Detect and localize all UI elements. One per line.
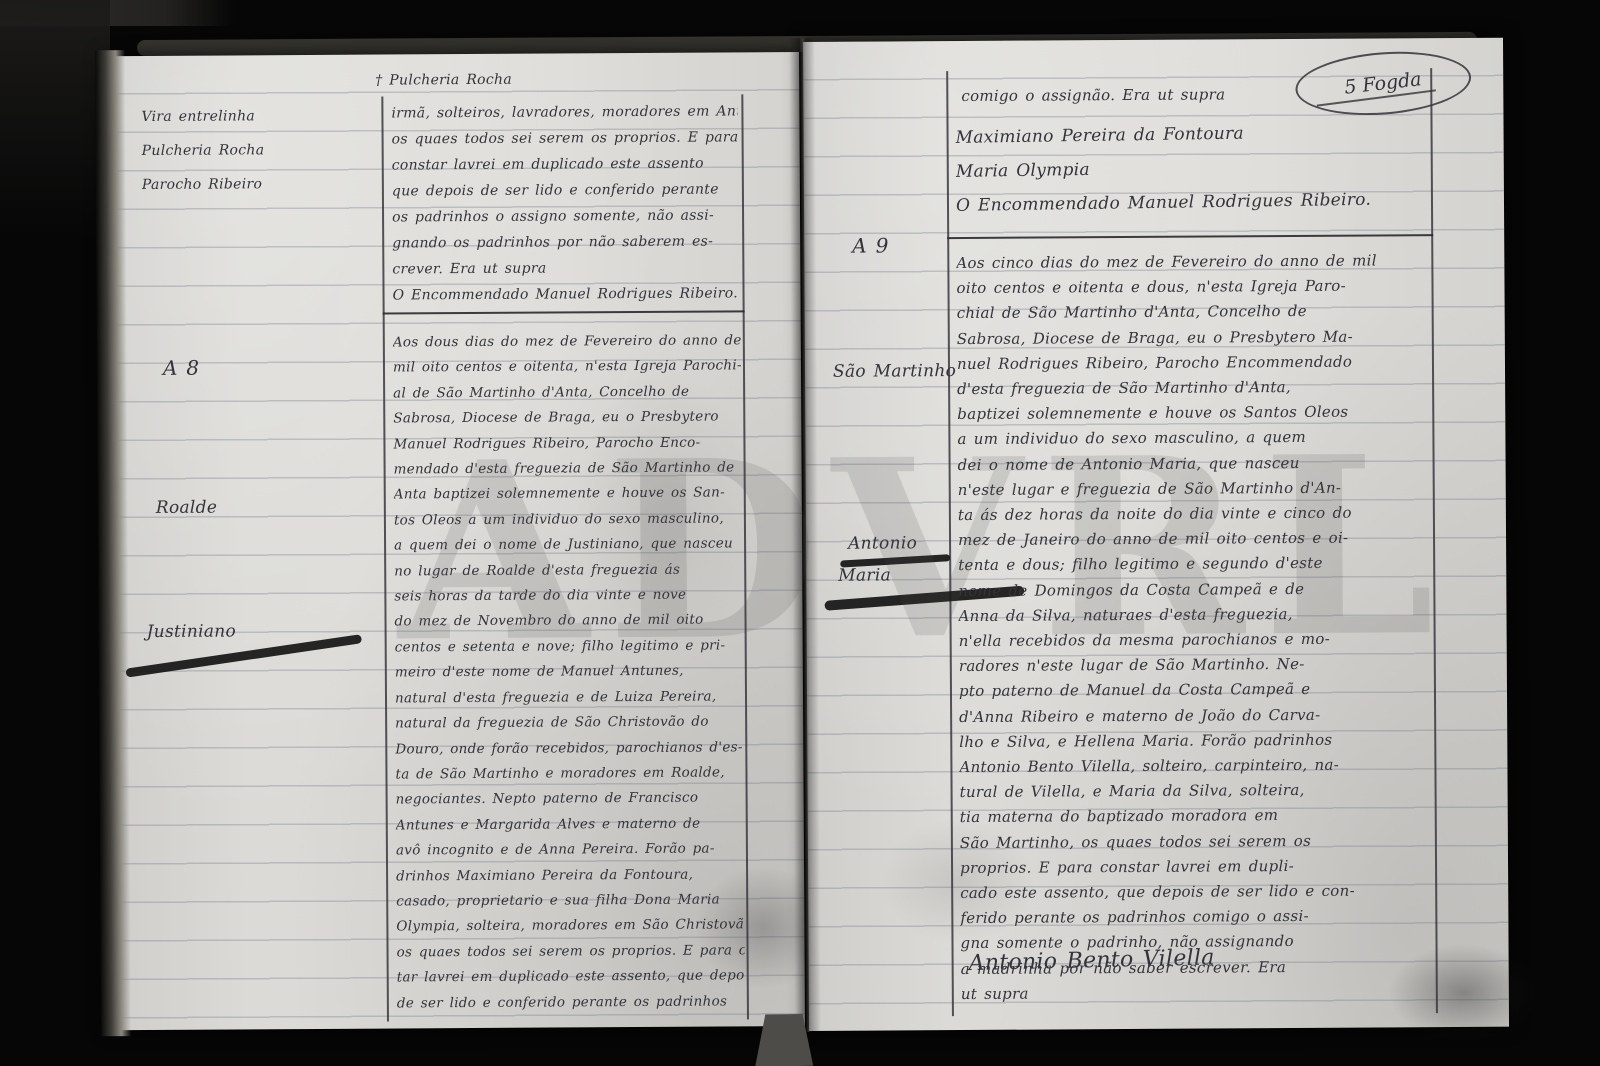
text-line: crever. Era ut supra	[392, 254, 738, 282]
folio-number-stamp: 5 Fogda	[1293, 46, 1473, 121]
text-line: Anna da Silva, naturaes d'esta freguezia…	[958, 601, 1430, 629]
text-line: chial de São Martinho d'Anta, Concelho d…	[957, 299, 1429, 327]
record-a8-signatures: Maximiano Pereira da FontouraMaria Olymp…	[955, 116, 1376, 221]
text-line: Vira entrelinha	[141, 99, 264, 134]
text-line: Manuel Rodrigues Ribeiro, Parocho Enco-	[393, 430, 741, 458]
text-line: Pulcheria Rocha	[142, 133, 265, 168]
text-line: lho e Silva, e Hellena Maria. Forão padr…	[959, 727, 1431, 755]
text-line: oito centos e oitenta e dous, n'esta Igr…	[956, 273, 1428, 301]
text-line: drinhos Maximiano Pereira da Fontoura,	[396, 862, 744, 890]
margin-baptized-name-antonio: Antonio	[848, 533, 917, 553]
record-a8-closing-line: comigo o assignão. Era ut supra	[961, 85, 1225, 105]
text-line: tos Oleos a um individuo do sexo masculi…	[394, 506, 742, 534]
register-book-spread: † Pulcheria Rocha Vira entrelinhaPulcher…	[0, 0, 1600, 1066]
text-line: de ser lido e conferido perante os padri…	[397, 989, 745, 1017]
text-line: mil oito centos e oitenta, n'esta Igreja…	[393, 354, 741, 382]
text-line: natural da freguezia de São Christovão d…	[395, 709, 743, 737]
text-line: do mez de Novembro do anno de mil oito	[394, 608, 742, 636]
text-line: no lugar de Roalde d'esta freguezia ás	[394, 557, 742, 585]
text-line: ut supra	[961, 979, 1433, 1007]
text-line: Parocho Ribeiro	[142, 167, 265, 202]
text-line: cado este assento, que depois de ser lid…	[960, 878, 1432, 906]
record-header-deceased-name: † Pulcheria Rocha	[375, 72, 512, 89]
text-line: dei o nome de Antonio Maria, que nasceu	[958, 450, 1430, 478]
text-line: avô incognito e de Anna Pereira. Forão p…	[396, 836, 744, 864]
text-line: mez de Janeiro do anno de mil oito cento…	[958, 525, 1430, 553]
text-line: n'ella recebidos da mesma parochianos e …	[959, 626, 1431, 654]
text-line: pto paterno de Manuel da Costa Campeã e	[959, 677, 1431, 705]
text-line: Antonio Bento Vilella, solteiro, carpint…	[959, 752, 1431, 780]
text-line: d'Anna Ribeiro e materno de João do Carv…	[959, 702, 1431, 730]
page-left-ragged-edge	[95, 50, 131, 1036]
text-line: Olympia, solteira, moradores em São Chri…	[396, 913, 744, 941]
text-line: ta ás dez horas da noite do dia vinte e …	[958, 500, 1430, 528]
text-line: a quem dei o nome de Justiniano, que nas…	[394, 532, 742, 560]
text-line: O Encommendado Manuel Rodrigues Ribeiro.	[392, 280, 738, 308]
text-line: Sabrosa, Diocese de Braga, eu o Presbyte…	[393, 405, 741, 433]
text-line: gnando os padrinhos por não saberem es-	[392, 228, 738, 256]
text-line: natural d'esta freguezia e de Luiza Pere…	[395, 684, 743, 712]
text-line: Aos dous dias do mez de Fevereiro do ann…	[393, 328, 741, 356]
text-line: ta de São Martinho e moradores em Roalde…	[395, 760, 743, 788]
text-line: d'esta freguezia de São Martinho d'Anta,	[957, 374, 1429, 402]
text-line: tenta e dous; filho legitimo e segundo d…	[958, 551, 1430, 579]
text-line: a um individuo do sexo masculino, a quem	[957, 425, 1429, 453]
record-end-text: irmã, solteiros, lavradores, moradores e…	[391, 98, 738, 312]
text-line: O Encommendado Manuel Rodrigues Ribeiro.	[956, 183, 1376, 221]
record-a8-text: Aos dous dias do mez de Fevereiro do ann…	[393, 328, 745, 1022]
margin-place-roalde: Roalde	[156, 498, 217, 518]
text-line: os quaes todos sei serem os proprios. E …	[392, 124, 738, 152]
text-line: os quaes todos sei serem os proprios. E …	[396, 938, 744, 966]
text-line: negociantes. Nepto paterno de Francisco	[396, 786, 744, 814]
margin-record-number-a8: A 8	[163, 356, 200, 380]
text-line: baptizei solemnemente e houve os Santos …	[957, 399, 1429, 427]
text-line: Antunes e Margarida Alves e materno de	[396, 811, 744, 839]
text-line: casado, proprietario e sua filha Dona Ma…	[396, 887, 744, 915]
text-line: n'este lugar e freguezia de São Martinho…	[958, 475, 1430, 503]
text-line: nome de Domingos da Costa Campeã e de	[958, 576, 1430, 604]
text-line: Douro, onde forão recebidos, parochianos…	[395, 735, 743, 763]
text-line: centos e setenta e nove; filho legitimo …	[395, 633, 743, 661]
page-right: 5 Fogda comigo o assignão. Era ut supra …	[803, 38, 1509, 1031]
margin-baptized-name-justiniano: Justiniano	[147, 621, 237, 642]
text-line: irmã, solteiros, lavradores, moradores e…	[391, 98, 737, 126]
text-line: meiro d'este nome de Manuel Antunes,	[395, 659, 743, 687]
text-line: ferido perante os padrinhos comigo o ass…	[960, 903, 1432, 931]
text-line: que depois de ser lido e conferido peran…	[392, 176, 738, 204]
text-line: São Martinho, os quaes todos sei serem o…	[960, 828, 1432, 856]
text-line: tar lavrei em duplicado este assento, qu…	[397, 964, 745, 992]
text-line: mendado d'esta freguezia de São Martinho…	[394, 455, 742, 483]
text-line: constar lavrei em duplicado este assento	[392, 150, 738, 178]
text-line: Anta baptizei solemnemente e houve os Sa…	[394, 481, 742, 509]
margin-baptized-name-maria: Maria	[838, 565, 891, 585]
text-line: Sabrosa, Diocese de Braga, eu o Presbyte…	[957, 324, 1429, 352]
text-line: nuel Rodrigues Ribeiro, Parocho Encommen…	[957, 349, 1429, 377]
text-line: tia materna do baptizado moradora em	[960, 803, 1432, 831]
text-line: proprios. E para constar lavrei em dupli…	[960, 853, 1432, 881]
text-line: al de São Martinho d'Anta, Concelho de	[393, 379, 741, 407]
text-line: seis horas da tarde do dia vinte e nove	[394, 582, 742, 610]
record-separator-line	[947, 234, 1433, 239]
record-a9-text: Aos cinco dias do mez de Fevereiro do an…	[956, 248, 1433, 1011]
margin-place-sao-martinho: São Martinho	[833, 361, 956, 382]
page-left: † Pulcheria Rocha Vira entrelinhaPulcher…	[103, 52, 805, 1030]
margin-notes-record-end: Vira entrelinhaPulcheria RochaParocho Ri…	[141, 99, 264, 202]
text-line: radores n'este lugar de São Martinho. Ne…	[959, 651, 1431, 679]
margin-column-rule	[946, 71, 954, 1016]
text-line: Aos cinco dias do mez de Fevereiro do an…	[956, 248, 1428, 276]
text-line: tural de Vilella, e Maria da Silva, solt…	[960, 777, 1432, 805]
text-line: os padrinhos o assigno somente, não assi…	[392, 202, 738, 230]
margin-record-number-a9: A 9	[852, 233, 889, 257]
margin-column-rule	[381, 97, 389, 1022]
